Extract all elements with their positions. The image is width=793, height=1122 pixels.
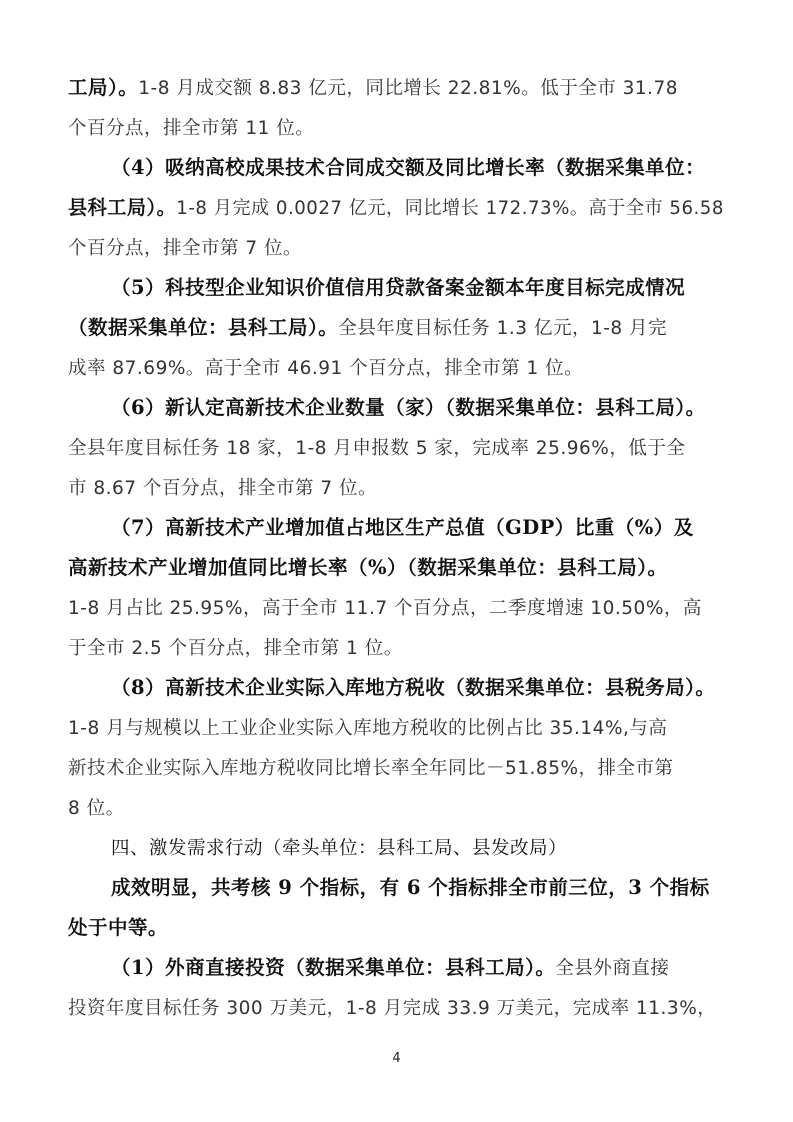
body-text: 1-8 月成交额 8.83 亿元，同比增长 22.81%。低于全市 31.78 xyxy=(138,78,678,99)
body-text: 1-8 月与规模以上工业企业实际入库地方税收的比例占比 35.14%,与高 xyxy=(68,718,667,739)
bold-heading-text: 县科工局）。 xyxy=(68,196,176,219)
text-line: 县科工局）。1-8 月完成 0.0027 亿元，同比增长 172.73%。高于全… xyxy=(68,188,712,228)
body-text: 个百分点，排全市第 11 位。 xyxy=(68,118,314,139)
page-number: 4 xyxy=(0,1051,793,1066)
body-text: 四、激发需求行动（牵头单位：县科工局、县发改局） xyxy=(111,838,567,859)
body-text: 8 位。 xyxy=(68,798,125,819)
text-line: 全县年度目标任务 18 家，1-8 月申报数 5 家，完成率 25.96%，低于… xyxy=(68,428,724,468)
text-line: 高新技术产业增加值同比增长率（%）（数据采集单位：县科工局）。 xyxy=(68,548,724,588)
bold-heading-text: （数据采集单位：县科工局）。 xyxy=(68,316,338,339)
body-text: 市 8.67 个百分点，排全市第 7 位。 xyxy=(68,478,377,499)
bold-heading-text: （8）高新技术企业实际入库地方税收（数据采集单位：县税务局）。 xyxy=(111,676,715,699)
text-line: （8）高新技术企业实际入库地方税收（数据采集单位：县税务局）。 xyxy=(68,668,724,708)
text-line: 市 8.67 个百分点，排全市第 7 位。 xyxy=(68,468,724,508)
bold-heading-text: 工局）。 xyxy=(68,76,138,99)
body-text: 1-8 月完成 0.0027 亿元，同比增长 172.73%。高于全市 56.5… xyxy=(176,198,724,219)
text-line: （1）外商直接投资（数据采集单位：县科工局）。全县外商直接 xyxy=(68,948,724,988)
bold-heading-text: （1）外商直接投资（数据采集单位：县科工局）。 xyxy=(111,956,555,979)
bold-heading-text: （5）科技型企业知识价值信用贷款备案金额本年度目标完成情况 xyxy=(111,276,685,299)
bold-heading-text: 处于中等。 xyxy=(68,916,168,939)
body-text: 全县年度目标任务 1.3 亿元，1-8 月完 xyxy=(338,318,667,339)
bold-heading-text: 成效明显，共考核 9 个指标，有 6 个指标排全市前三位，3 个指标 xyxy=(111,876,710,899)
body-text: 于全市 2.5 个百分点，排全市第 1 位。 xyxy=(68,638,403,659)
text-line: （6）新认定高新技术企业数量（家）（数据采集单位：县科工局）。 xyxy=(68,388,724,428)
text-line: （7）高新技术产业增加值占地区生产总值（GDP）比重（%）及 xyxy=(68,508,724,548)
bold-heading-text: （7）高新技术产业增加值占地区生产总值（GDP）比重（%）及 xyxy=(111,516,694,539)
text-line: （4）吸纳高校成果技术合同成交额及同比增长率（数据采集单位： xyxy=(68,148,724,188)
document-body: 工局）。1-8 月成交额 8.83 亿元，同比增长 22.81%。低于全市 31… xyxy=(68,68,724,1028)
bold-heading-text: 高新技术产业增加值同比增长率（%）（数据采集单位：县科工局）。 xyxy=(68,556,668,579)
text-line: 四、激发需求行动（牵头单位：县科工局、县发改局） xyxy=(68,828,724,868)
text-line: 个百分点，排全市第 11 位。 xyxy=(68,108,724,148)
text-line: （数据采集单位：县科工局）。全县年度目标任务 1.3 亿元，1-8 月完 xyxy=(68,308,724,348)
bold-heading-text: （6）新认定高新技术企业数量（家）（数据采集单位：县科工局）。 xyxy=(111,396,706,419)
text-line: 处于中等。 xyxy=(68,908,724,948)
body-text: 新技术企业实际入库地方税收同比增长率全年同比－51.85%，排全市第 xyxy=(68,758,674,779)
text-line: 成率 87.69%。高于全市 46.91 个百分点，排全市第 1 位。 xyxy=(68,348,724,388)
text-line: 个百分点，排全市第 7 位。 xyxy=(68,228,724,268)
text-line: 工局）。1-8 月成交额 8.83 亿元，同比增长 22.81%。低于全市 31… xyxy=(68,68,724,108)
text-line: 新技术企业实际入库地方税收同比增长率全年同比－51.85%，排全市第 xyxy=(68,748,724,788)
text-line: 1-8 月占比 25.95%，高于全市 11.7 个百分点，二季度增速 10.5… xyxy=(68,588,724,628)
text-line: 1-8 月与规模以上工业企业实际入库地方税收的比例占比 35.14%,与高 xyxy=(68,708,724,748)
body-text: 全县年度目标任务 18 家，1-8 月申报数 5 家，完成率 25.96%，低于… xyxy=(68,438,685,459)
body-text: 1-8 月占比 25.95%，高于全市 11.7 个百分点，二季度增速 10.5… xyxy=(68,598,702,619)
text-line: 成效明显，共考核 9 个指标，有 6 个指标排全市前三位，3 个指标 xyxy=(68,868,724,908)
bold-heading-text: （4）吸纳高校成果技术合同成交额及同比增长率（数据采集单位： xyxy=(111,156,705,179)
text-line: （5）科技型企业知识价值信用贷款备案金额本年度目标完成情况 xyxy=(68,268,724,308)
body-text: 成率 87.69%。高于全市 46.91 个百分点，排全市第 1 位。 xyxy=(68,358,583,379)
text-line: 投资年度目标任务 300 万美元，1-8 月完成 33.9 万美元，完成率 11… xyxy=(68,988,724,1028)
body-text: 全县外商直接 xyxy=(555,958,669,979)
text-line: 8 位。 xyxy=(68,788,724,828)
text-line: 于全市 2.5 个百分点，排全市第 1 位。 xyxy=(68,628,724,668)
body-text: 个百分点，排全市第 7 位。 xyxy=(68,238,302,259)
body-text: 投资年度目标任务 300 万美元，1-8 月完成 33.9 万美元，完成率 11… xyxy=(68,998,716,1019)
